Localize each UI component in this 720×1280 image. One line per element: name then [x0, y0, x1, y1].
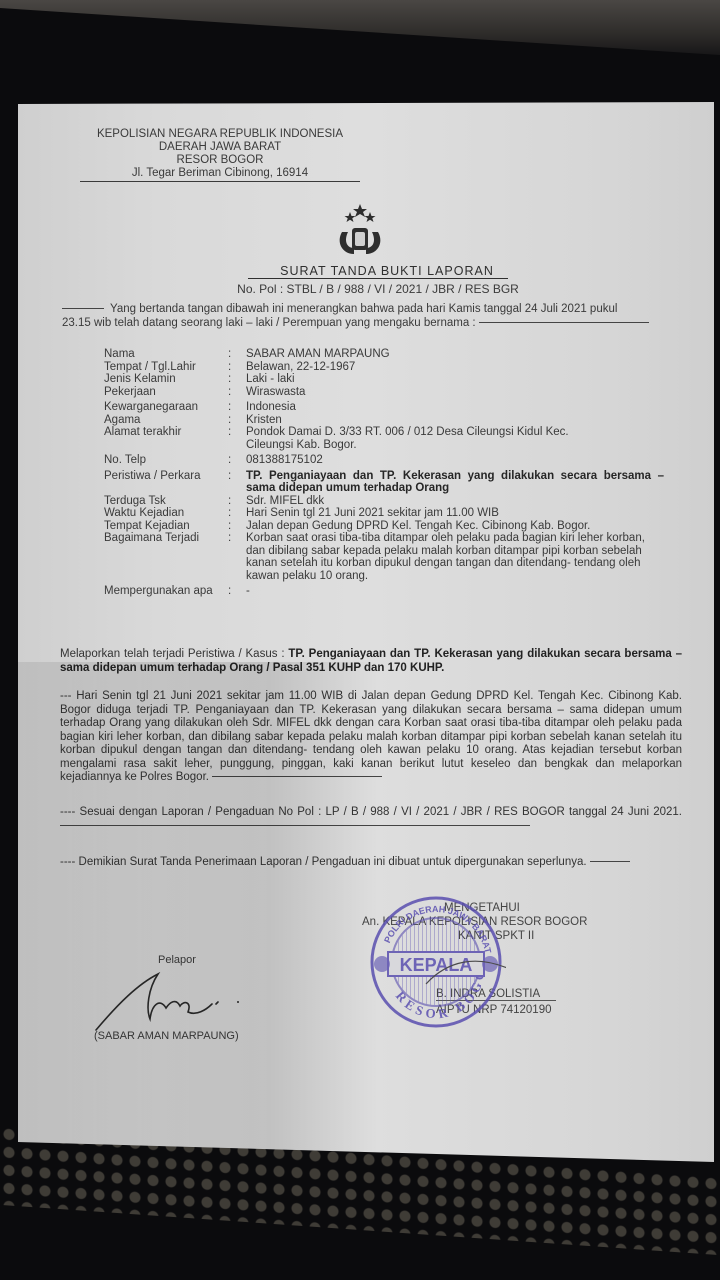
- background-surface: [0, 0, 720, 60]
- field-value: Wiraswasta: [246, 386, 664, 399]
- field-weapon: Mempergunakan apa : -: [104, 585, 664, 598]
- field-label: Mempergunakan apa: [104, 585, 214, 598]
- fill-line: [590, 861, 630, 862]
- field-label: Kewarganegaraan: [104, 401, 228, 414]
- field-nationality: Kewarganegaraan : Indonesia: [104, 401, 664, 414]
- report-statement: Melaporkan telah terjadi Peristiwa / Kas…: [60, 648, 682, 675]
- field-value: Pondok Damai D. 3/33 RT. 006 / 012 Desa …: [246, 426, 664, 451]
- intro-statement: Yang bertanda tangan dibawah ini meneran…: [62, 302, 668, 330]
- field-value: Hari Senin tgl 21 Juni 2021 sekitar jam …: [246, 507, 664, 520]
- field-incident-description: Bagaimana Terjadi : Korban saat orasi ti…: [104, 532, 664, 582]
- field-colon: :: [228, 585, 246, 598]
- field-incident-place: Tempat Kejadian : Jalan depan Gedung DPR…: [104, 520, 664, 533]
- field-gender: Jenis Kelamin : Laki - laki: [104, 373, 664, 386]
- incident-narrative: --- Hari Senin tgl 21 Juni 2021 sekitar …: [60, 690, 682, 785]
- field-value: Korban saat orasi tiba-tiba ditampar ole…: [246, 532, 664, 582]
- field-colon: :: [228, 386, 246, 399]
- field-label: Terduga Tsk: [104, 495, 228, 508]
- intro-line-2: 23.15 wib telah datang seorang laki – la…: [62, 317, 476, 329]
- dash-line: [62, 308, 104, 309]
- document-title-block: SURAT TANDA BUKTI LAPORAN No. Pol : STBL…: [228, 262, 528, 296]
- official-stamp-icon: POLRI DAERAH JAWA BARAT RESOR BOGOR KEPA…: [366, 892, 506, 1032]
- field-colon: :: [228, 454, 246, 467]
- field-value: Indonesia: [246, 401, 664, 414]
- document-number: No. Pol : STBL / B / 988 / VI / 2021 / J…: [228, 282, 528, 296]
- document-title: SURAT TANDA BUKTI LAPORAN: [248, 264, 508, 279]
- field-label: Agama: [104, 414, 228, 427]
- field-label: Jenis Kelamin: [104, 373, 228, 386]
- field-colon: :: [228, 361, 246, 374]
- field-incident-type: Peristiwa / Perkara : TP. Penganiayaan d…: [104, 470, 664, 495]
- reference-text: ---- Sesuai dengan Laporan / Pengaduan N…: [60, 806, 682, 818]
- field-phone: No. Telp : 081388175102: [104, 454, 664, 467]
- signature-icon: [88, 964, 268, 1034]
- fill-line: [212, 776, 382, 777]
- field-colon: :: [228, 348, 246, 361]
- reporter-details: Nama : SABAR AMAN MARPAUNG Tempat / Tgl.…: [104, 348, 664, 598]
- police-crest-icon: [330, 202, 390, 256]
- field-incident-time: Waktu Kejadian : Hari Senin tgl 21 Juni …: [104, 507, 664, 520]
- fill-line: [479, 322, 649, 323]
- field-birth: Tempat / Tgl.Lahir : Belawan, 22-12-1967: [104, 361, 664, 374]
- field-label: Nama: [104, 348, 228, 361]
- field-value: Jalan depan Gedung DPRD Kel. Tengah Kec.…: [246, 520, 664, 533]
- field-label: Bagaimana Terjadi: [104, 532, 228, 582]
- field-value: Belawan, 22-12-1967: [246, 361, 664, 374]
- letterhead-unit: RESOR BOGOR: [80, 154, 360, 167]
- field-colon: :: [228, 414, 246, 427]
- svg-text:KEPALA: KEPALA: [400, 955, 473, 975]
- field-label: No. Telp: [104, 454, 228, 467]
- field-value: -: [246, 585, 664, 598]
- field-name: Nama : SABAR AMAN MARPAUNG: [104, 348, 664, 361]
- field-label: Pekerjaan: [104, 386, 228, 399]
- field-label: Tempat Kejadian: [104, 520, 228, 533]
- field-colon: :: [228, 426, 246, 451]
- field-value: SABAR AMAN MARPAUNG: [246, 348, 664, 361]
- field-label: Peristiwa / Perkara: [104, 470, 228, 495]
- field-colon: :: [228, 532, 246, 582]
- report-statement-prefix: Melaporkan telah terjadi Peristiwa / Kas…: [60, 648, 285, 660]
- field-occupation: Pekerjaan : Wiraswasta: [104, 386, 664, 399]
- reporter-name: (SABAR AMAN MARPAUNG): [94, 1030, 239, 1042]
- field-colon: :: [228, 520, 246, 533]
- field-address: Alamat terakhir : Pondok Damai D. 3/33 R…: [104, 426, 664, 451]
- field-label: Tempat / Tgl.Lahir: [104, 361, 228, 374]
- field-suspect: Terduga Tsk : Sdr. MIFEL dkk: [104, 495, 664, 508]
- field-colon: :: [228, 507, 246, 520]
- closing-text: ---- Demikian Surat Tanda Penerimaan Lap…: [60, 856, 587, 868]
- field-colon: :: [228, 470, 246, 495]
- field-value: TP. Penganiayaan dan TP. Kekerasan yang …: [246, 470, 664, 495]
- field-value: 081388175102: [246, 454, 664, 467]
- narrative-text: --- Hari Senin tgl 21 Juni 2021 sekitar …: [60, 690, 682, 783]
- field-label: Alamat terakhir: [104, 426, 228, 451]
- letterhead-address: Jl. Tegar Beriman Cibinong, 16914: [80, 167, 360, 182]
- letterhead-region: DAERAH JAWA BARAT: [80, 141, 360, 154]
- field-colon: :: [228, 401, 246, 414]
- field-colon: :: [228, 495, 246, 508]
- intro-line-1: Yang bertanda tangan dibawah ini meneran…: [110, 303, 617, 315]
- report-document: KEPOLISIAN NEGARA REPUBLIK INDONESIA DAE…: [18, 102, 714, 1162]
- field-value: Kristen: [246, 414, 664, 427]
- letterhead-institution: KEPOLISIAN NEGARA REPUBLIK INDONESIA: [80, 128, 360, 141]
- field-colon: :: [228, 373, 246, 386]
- fill-line: [60, 825, 530, 826]
- closing-statement: ---- Demikian Surat Tanda Penerimaan Lap…: [60, 856, 682, 870]
- field-label: Waktu Kejadian: [104, 507, 228, 520]
- letterhead: KEPOLISIAN NEGARA REPUBLIK INDONESIA DAE…: [80, 128, 360, 182]
- field-religion: Agama : Kristen: [104, 414, 664, 427]
- field-value: Sdr. MIFEL dkk: [246, 495, 664, 508]
- report-reference: ---- Sesuai dengan Laporan / Pengaduan N…: [60, 806, 682, 833]
- field-value: Laki - laki: [246, 373, 664, 386]
